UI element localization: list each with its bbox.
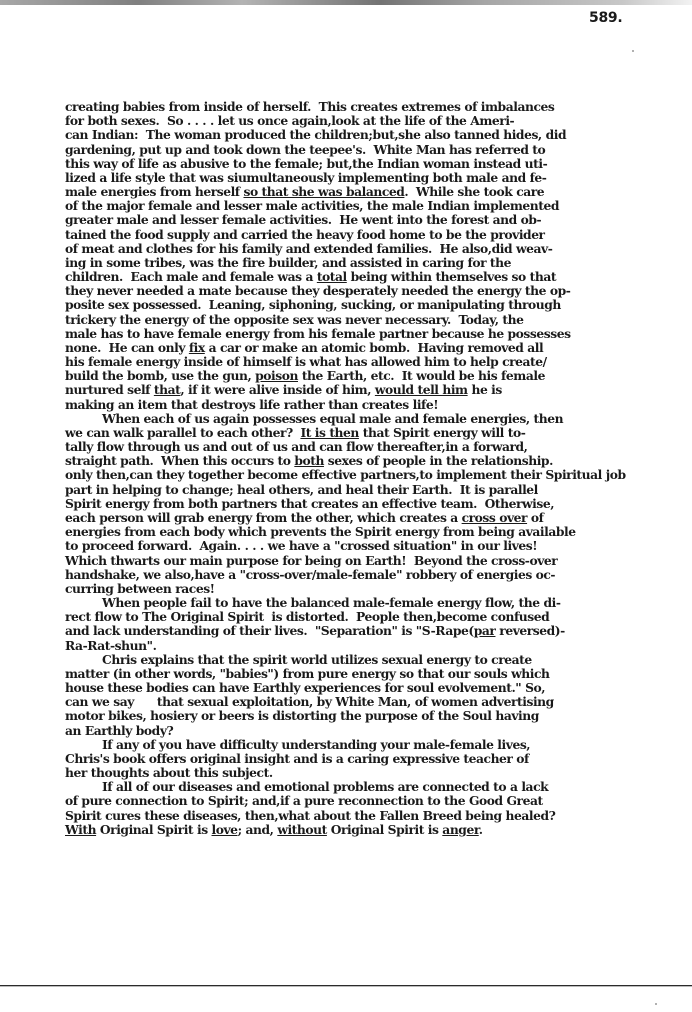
text-line: each person will grab energy from the ot… — [65, 511, 692, 525]
text-line: male energies from herself so that she w… — [65, 185, 692, 199]
text-segment: can Indian: The woman produced the child… — [65, 127, 566, 142]
text-line: this way of life as abusive to the femal… — [65, 157, 692, 171]
text-segment: Original Spirit is — [327, 822, 442, 837]
underlined-text: would tell him — [375, 382, 468, 397]
text-segment: this way of life as abusive to the femal… — [65, 156, 547, 171]
page-number: 589. — [589, 10, 622, 26]
text-segment: curring between races! — [65, 581, 215, 596]
scan-speck — [655, 1003, 657, 1005]
text-line: Spirit cures these diseases, then,what a… — [65, 809, 692, 823]
paragraph: When people fail to have the balanced ma… — [65, 596, 692, 653]
text-segment: he is — [468, 382, 502, 397]
text-segment: When each of us again possesses equal ma… — [102, 411, 563, 426]
bottom-rule — [0, 985, 692, 986]
text-segment: of the major female and lesser male acti… — [65, 198, 559, 213]
body-text: creating babies from inside of herself. … — [65, 100, 692, 837]
text-segment: straight path. When this occurs to — [65, 453, 294, 468]
text-segment: Spirit energy from both partners that cr… — [65, 496, 554, 511]
text-line: house these bodies can have Earthly expe… — [65, 681, 692, 695]
text-segment: sexes of people in the relationship. — [324, 453, 553, 468]
paragraph: creating babies from inside of herself. … — [65, 100, 692, 412]
text-line: gardening, put up and took down the teep… — [65, 143, 692, 157]
text-line: Chris explains that the spirit world uti… — [65, 653, 692, 667]
text-line: of the major female and lesser male acti… — [65, 199, 692, 213]
text-segment: nurtured self — [65, 382, 154, 397]
text-line: to proceed forward. Again. . . . we have… — [65, 539, 692, 553]
text-segment: posite sex possessed. Leaning, siphoning… — [65, 297, 561, 312]
text-segment: creating babies from inside of herself. … — [65, 99, 554, 114]
text-line: matter (in other words, "babies") from p… — [65, 667, 692, 681]
text-segment: making an item that destroys life rather… — [65, 397, 438, 412]
text-line: of pure connection to Spirit; and,if a p… — [65, 794, 692, 808]
text-segment: can we say that sexual exploitation, by … — [65, 694, 554, 709]
text-segment: tained the food supply and carried the h… — [65, 227, 545, 242]
underlined-text: fix — [189, 340, 205, 355]
text-segment: male has to have female energy from his … — [65, 326, 571, 341]
text-line: If all of our diseases and emotional pro… — [65, 780, 692, 794]
text-line: nurtured self that, if it were alive ins… — [65, 383, 692, 397]
text-segment: build the bomb, use the gun, — [65, 368, 255, 383]
scan-speck — [632, 50, 634, 52]
paragraph: If all of our diseases and emotional pro… — [65, 780, 692, 837]
text-segment: to proceed forward. Again. . . . we have… — [65, 538, 537, 553]
text-line: If any of you have difficulty understand… — [65, 738, 692, 752]
text-segment: energies from each body which prevents t… — [65, 524, 576, 539]
paragraph: When each of us again possesses equal ma… — [65, 412, 692, 596]
text-segment: gardening, put up and took down the teep… — [65, 142, 545, 157]
text-segment: male energies from herself — [65, 184, 243, 199]
text-segment: Spirit cures these diseases, then,what a… — [65, 808, 555, 823]
underlined-text: anger — [442, 822, 478, 837]
text-segment: lized a life style that was siumultaneou… — [65, 170, 546, 185]
text-segment: motor bikes, hosiery or beers is distort… — [65, 708, 539, 723]
text-segment: rect flow to The Original Spirit is dist… — [65, 609, 549, 624]
text-line: When each of us again possesses equal ma… — [65, 412, 692, 426]
text-segment: trickery the energy of the opposite sex … — [65, 312, 524, 327]
text-line: build the bomb, use the gun, poison the … — [65, 369, 692, 383]
text-segment: of — [527, 510, 543, 525]
text-line: Spirit energy from both partners that cr… — [65, 497, 692, 511]
text-line: greater male and lesser female activitie… — [65, 213, 692, 227]
underlined-text: cross over — [462, 510, 527, 525]
text-segment: reversed)- — [495, 623, 564, 638]
underlined-text: par — [474, 623, 496, 638]
text-segment: When people fail to have the balanced ma… — [102, 595, 561, 610]
text-line: motor bikes, hosiery or beers is distort… — [65, 709, 692, 723]
text-line: straight path. When this occurs to both … — [65, 454, 692, 468]
text-segment: none. He can only — [65, 340, 189, 355]
text-line: Chris's book offers original insight and… — [65, 752, 692, 766]
text-segment: only then,can they together become effec… — [65, 467, 626, 482]
text-segment: that Spirit energy will to- — [359, 425, 525, 440]
text-segment: handshake, we also,have a "cross-over/ma… — [65, 567, 555, 582]
text-segment: , if it were alive inside of him, — [180, 382, 375, 397]
text-line: male has to have female energy from his … — [65, 327, 692, 341]
text-segment: ; and, — [238, 822, 278, 837]
underlined-text: total — [317, 269, 347, 284]
text-line: an Earthly body? — [65, 724, 692, 738]
text-segment: ing in some tribes, was the fire builder… — [65, 255, 511, 270]
text-line: ing in some tribes, was the fire builder… — [65, 256, 692, 270]
text-segment: house these bodies can have Earthly expe… — [65, 680, 545, 695]
text-line: we can walk parallel to each other? It i… — [65, 426, 692, 440]
underlined-text: poison — [255, 368, 298, 383]
text-segment: greater male and lesser female activitie… — [65, 212, 541, 227]
underlined-text: both — [294, 453, 324, 468]
text-line: lized a life style that was siumultaneou… — [65, 171, 692, 185]
text-segment: of pure connection to Spirit; and,if a p… — [65, 793, 543, 808]
paragraph: If any of you have difficulty understand… — [65, 738, 692, 781]
text-line: curring between races! — [65, 582, 692, 596]
text-line: Ra-Rat-shun". — [65, 639, 692, 653]
scan-edge-artifact — [0, 0, 692, 5]
text-line: his female energy inside of himself is w… — [65, 355, 692, 369]
text-segment: children. Each male and female was a — [65, 269, 317, 284]
text-segment: each person will grab energy from the ot… — [65, 510, 462, 525]
text-line: can we say that sexual exploitation, by … — [65, 695, 692, 709]
text-line: posite sex possessed. Leaning, siphoning… — [65, 298, 692, 312]
text-segment: being within themselves so that — [347, 269, 556, 284]
text-line: they never needed a mate because they de… — [65, 284, 692, 298]
text-segment: If any of you have difficulty understand… — [102, 737, 530, 752]
text-segment: for both sexes. So . . . . let us once a… — [65, 113, 514, 128]
text-segment: matter (in other words, "babies") from p… — [65, 666, 549, 681]
text-segment: . — [479, 822, 483, 837]
text-line: for both sexes. So . . . . let us once a… — [65, 114, 692, 128]
text-segment: his female energy inside of himself is w… — [65, 354, 547, 369]
text-segment: . While she took care — [404, 184, 544, 199]
text-line: children. Each male and female was a tot… — [65, 270, 692, 284]
underlined-text: love — [212, 822, 238, 837]
text-line: part in helping to change; heal others, … — [65, 483, 692, 497]
text-line: energies from each body which prevents t… — [65, 525, 692, 539]
underlined-text: that — [154, 382, 180, 397]
text-segment: Ra-Rat-shun". — [65, 638, 156, 653]
text-line: can Indian: The woman produced the child… — [65, 128, 692, 142]
text-segment: part in helping to change; heal others, … — [65, 482, 538, 497]
text-segment: we can walk parallel to each other? — [65, 425, 300, 440]
text-line: tained the food supply and carried the h… — [65, 228, 692, 242]
text-line: creating babies from inside of herself. … — [65, 100, 692, 114]
text-line: rect flow to The Original Spirit is dist… — [65, 610, 692, 624]
paragraph: Chris explains that the spirit world uti… — [65, 653, 692, 738]
underlined-text: It is then — [300, 425, 358, 440]
text-line: only then,can they together become effec… — [65, 468, 692, 482]
text-line: trickery the energy of the opposite sex … — [65, 313, 692, 327]
text-segment: a car or make an atomic bomb. Having rem… — [205, 340, 543, 355]
text-line: When people fail to have the balanced ma… — [65, 596, 692, 610]
text-segment: If all of our diseases and emotional pro… — [102, 779, 548, 794]
text-segment: tally flow through us and out of us and … — [65, 439, 528, 454]
text-segment: and lack understanding of their lives. "… — [65, 623, 474, 638]
text-segment: Which thwarts our main purpose for being… — [65, 553, 557, 568]
text-segment: Chris explains that the spirit world uti… — [102, 652, 532, 667]
underlined-text: without — [277, 822, 327, 837]
underlined-text: With — [65, 822, 96, 837]
text-segment: the Earth, etc. It would be his female — [298, 368, 545, 383]
text-line: tally flow through us and out of us and … — [65, 440, 692, 454]
text-line: making an item that destroys life rather… — [65, 398, 692, 412]
text-segment: her thoughts about this subject. — [65, 765, 273, 780]
text-line: of meat and clothes for his family and e… — [65, 242, 692, 256]
text-segment: an Earthly body? — [65, 723, 173, 738]
text-line: Which thwarts our main purpose for being… — [65, 554, 692, 568]
text-line: and lack understanding of their lives. "… — [65, 624, 692, 638]
text-segment: Chris's book offers original insight and… — [65, 751, 529, 766]
underlined-text: so that she was balanced — [243, 184, 404, 199]
text-segment: Original Spirit is — [96, 822, 211, 837]
text-segment: of meat and clothes for his family and e… — [65, 241, 552, 256]
text-line: With Original Spirit is love; and, witho… — [65, 823, 692, 837]
text-line: none. He can only fix a car or make an a… — [65, 341, 692, 355]
text-segment: they never needed a mate because they de… — [65, 283, 570, 298]
text-line: handshake, we also,have a "cross-over/ma… — [65, 568, 692, 582]
text-line: her thoughts about this subject. — [65, 766, 692, 780]
